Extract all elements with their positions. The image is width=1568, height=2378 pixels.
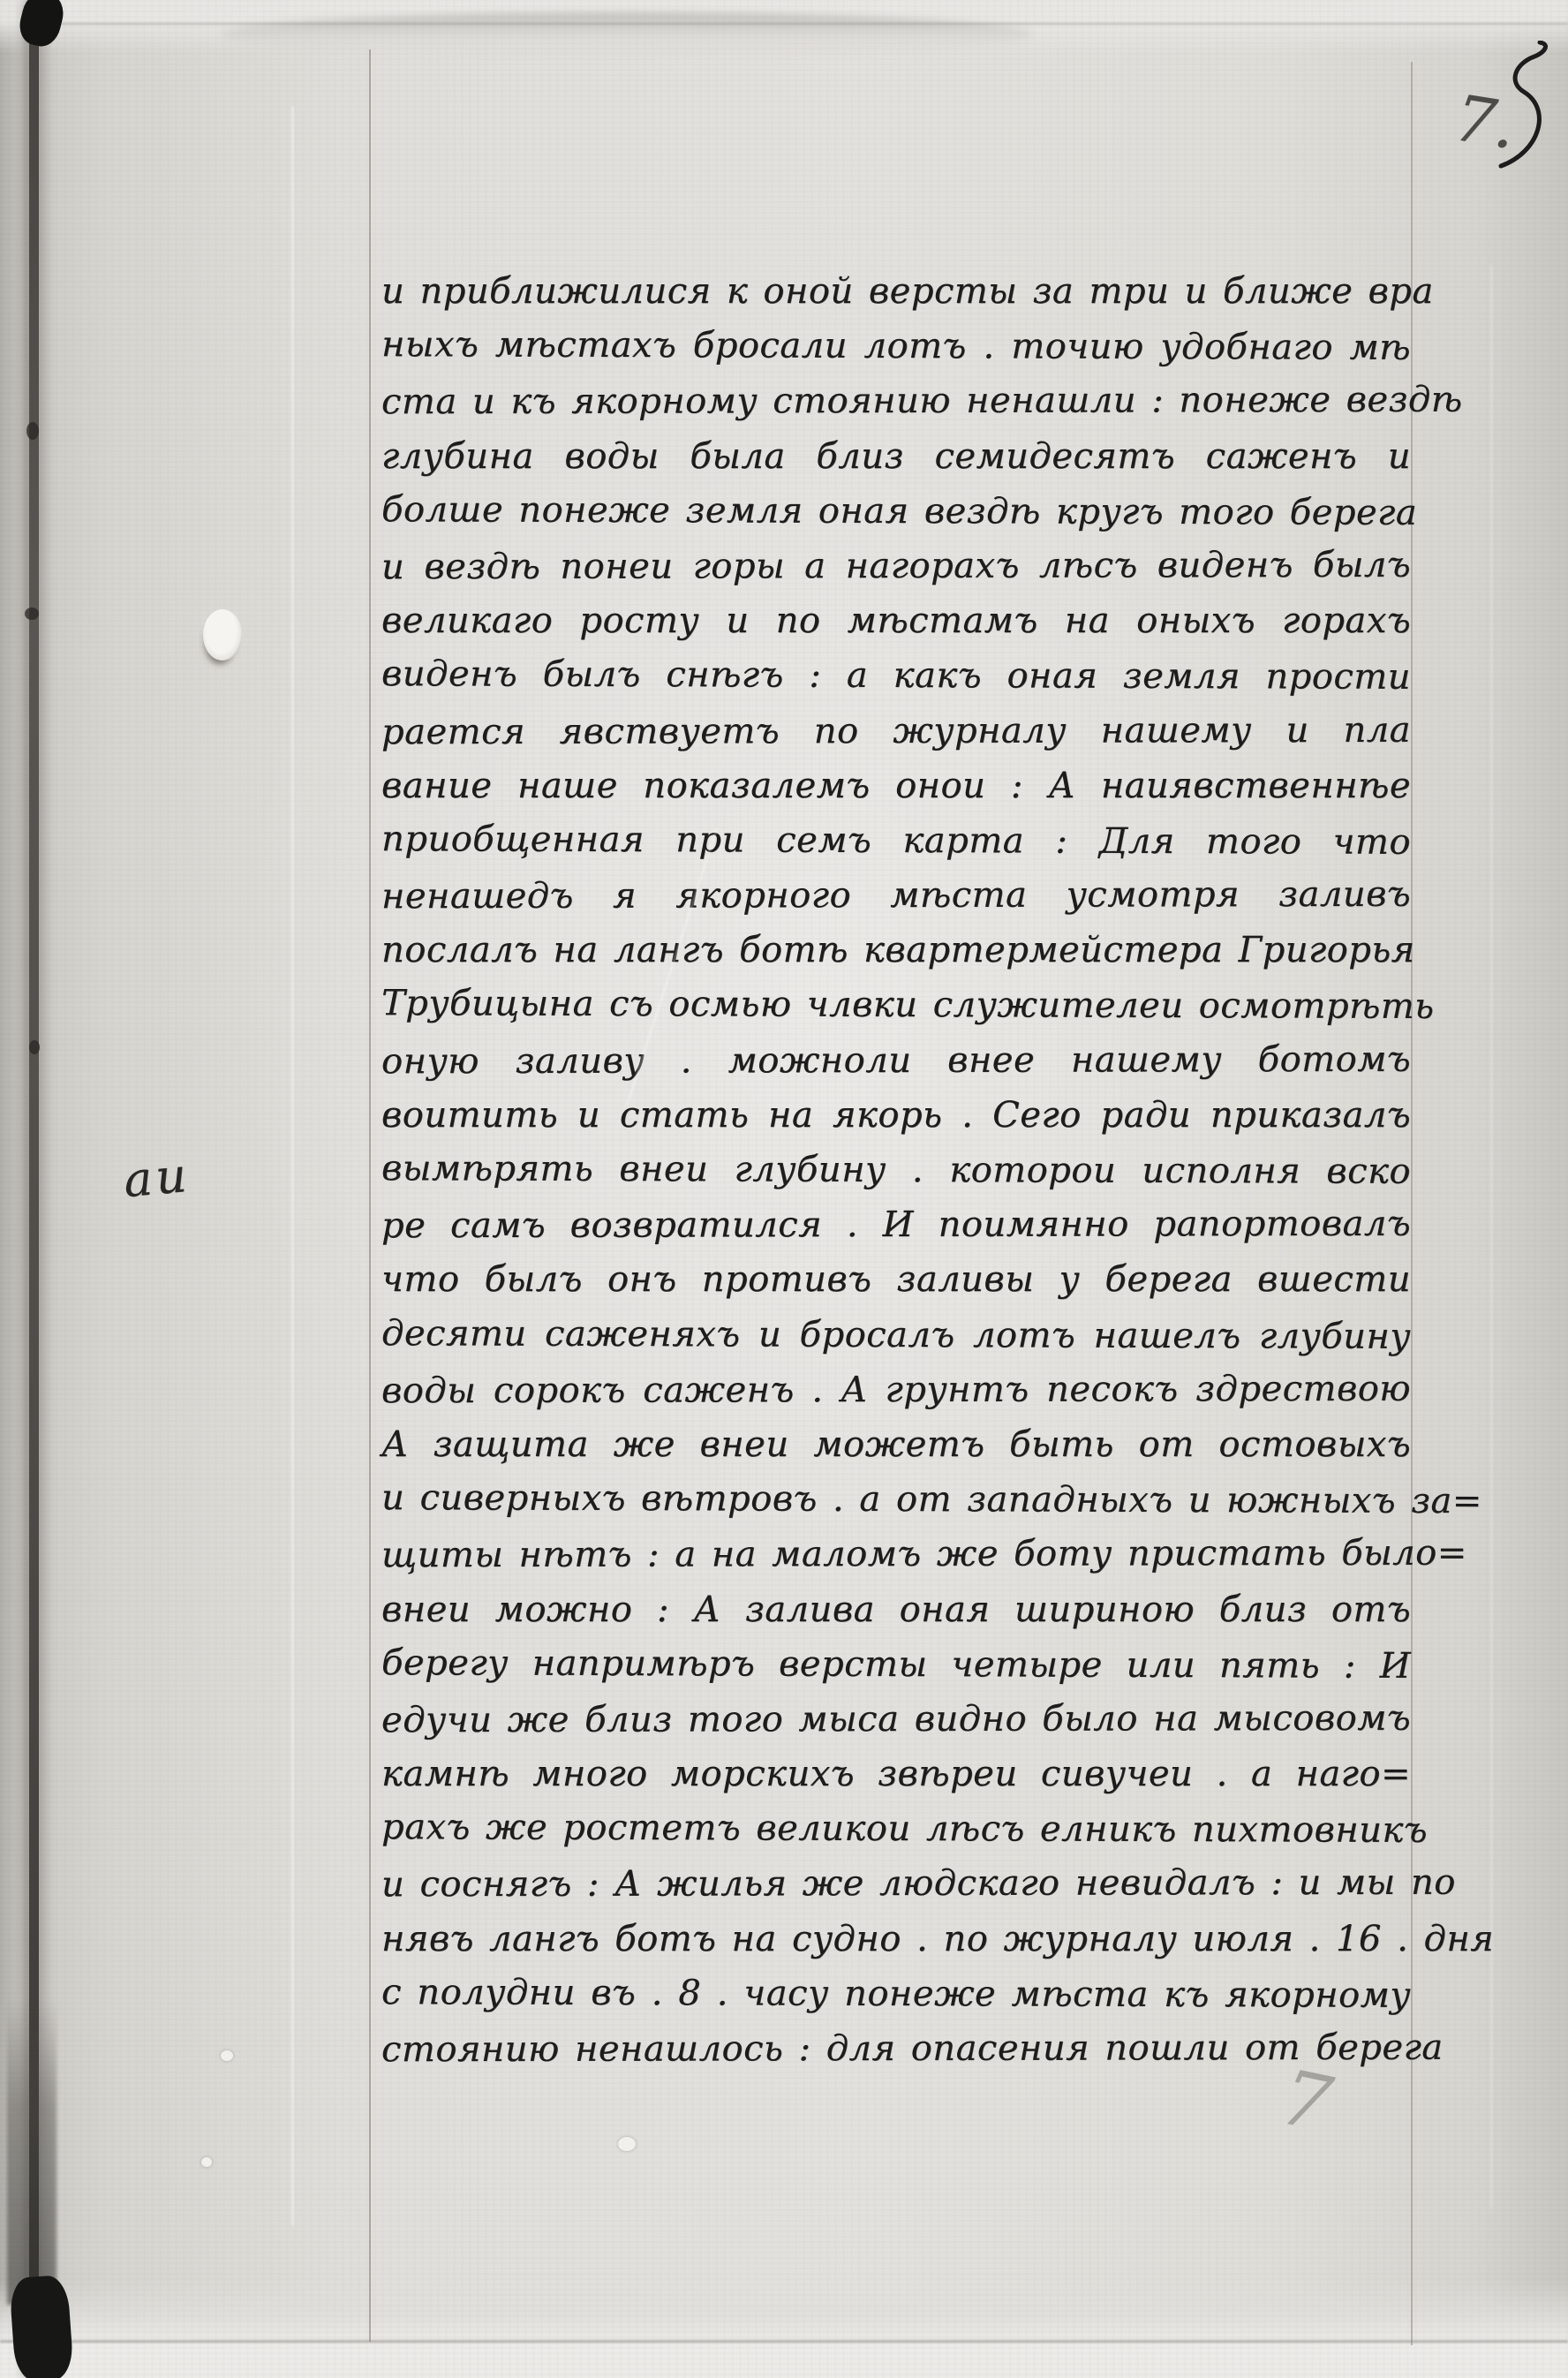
manuscript-line: воитить и стать на якорь . Сего ради при… [381,1088,1411,1143]
manuscript-line: ста и къ якорному стоянию ненашли : поне… [381,373,1411,430]
manuscript-line: виденъ былъ снѣгъ : а какъ оная земля пр… [381,646,1411,705]
manuscript-text-block: и приближилися к оной версты за три и бл… [381,264,1411,2076]
manuscript-line: внеи можно : А залива оная шириною близ … [381,1582,1411,1637]
paper-top-edge-smudge [221,12,1033,57]
manuscript-line: ре самъ возвратился . И поимянно рапорто… [381,1197,1411,1254]
paper-crease [291,106,294,2225]
manuscript-page-scan: 7. аи и приближилися к оной версты за тр… [0,0,1568,2378]
manuscript-line: рается явствуетъ по журналу нашему и пла [381,702,1411,759]
binding-shadow-bottom [7,2000,57,2305]
manuscript-line: стоянию ненашлось : для опасения пошли о… [381,2020,1411,2078]
manuscript-line: Трубицына съ осмью члвки служителеи осмо… [381,977,1411,1035]
paper-speck [221,2050,233,2061]
manuscript-line: глубина воды была близ семидесятъ саженъ… [381,429,1411,484]
ink-flourish [1489,41,1561,173]
manuscript-line: приобщенная при семъ карта : Для того чт… [381,812,1411,870]
manuscript-line: ненашедъ я якорного мѣста усмотря заливъ [381,867,1411,925]
paper-speck [201,2157,212,2167]
paper-crease [1490,265,1493,2208]
manuscript-line: щиты нѣтъ : а на маломъ же боту пристать… [381,1526,1411,1583]
paper-bottom-edge [0,2340,1568,2343]
manuscript-line: что былъ онъ противъ заливы у берега вше… [381,1252,1411,1307]
left-margin-rule [369,49,371,2342]
manuscript-line: рахъ же ростетъ великои лѣсъ елникъ пихт… [381,1800,1411,1858]
manuscript-line: воды сорокъ саженъ . А грунтъ песокъ здр… [381,1362,1411,1419]
edge-mark [25,608,39,620]
ink-blot-bottom-left [9,2275,74,2378]
manuscript-line: и приближилися к оной версты за три и бл… [381,264,1411,319]
manuscript-line: А защита же внеи можетъ быть от остовыхъ [381,1417,1411,1472]
edge-mark [26,422,39,440]
edge-mark [29,1040,40,1054]
manuscript-line: и сиверныхъ вѣтровъ . а от западныхъ и ю… [381,1470,1411,1529]
margin-note: аи [121,1147,192,1208]
manuscript-line: нявъ лангъ ботъ на судно . по журналу ию… [381,1912,1411,1967]
manuscript-line: едучи же близ того мыса видно было на мы… [381,1691,1411,1748]
paper-top-edge [49,23,1568,25]
manuscript-line: оную заливу . можноли внее нашему ботомъ [381,1031,1411,1089]
manuscript-line: великаго росту и по мѣстамъ на оныхъ гор… [381,593,1411,648]
wormhole-spot [203,609,242,661]
manuscript-line: болше понеже земля оная вездѣ кругъ того… [381,482,1411,540]
manuscript-line: и соснягъ : А жилья же людскаго невидалъ… [381,1855,1411,1913]
manuscript-line: вание наше показалемъ онои : А наиявстве… [381,759,1411,813]
manuscript-line: послалъ на лангъ ботѣ квартермейстера Гр… [381,923,1411,978]
manuscript-line: камнѣ много морскихъ звѣреи сивучеи . а … [381,1747,1411,1801]
manuscript-line: вымѣрять внеи глубину . которои исполня … [381,1141,1411,1199]
manuscript-line: десяти саженяхъ и бросалъ лотъ нашелъ гл… [381,1306,1411,1364]
manuscript-line: и вездѣ понеи горы а нагорахъ лѣсъ виден… [381,538,1411,595]
manuscript-line: берегу напримѣръ версты четыре или пять … [381,1635,1411,1694]
manuscript-line: с полудни въ . 8 . часу понеже мѣста къ … [381,1965,1411,2023]
manuscript-line: ныхъ мѣстахъ бросали лотъ . точию удобна… [381,317,1411,375]
ink-blot-top-left [15,0,67,50]
paper-speck [618,2137,636,2151]
